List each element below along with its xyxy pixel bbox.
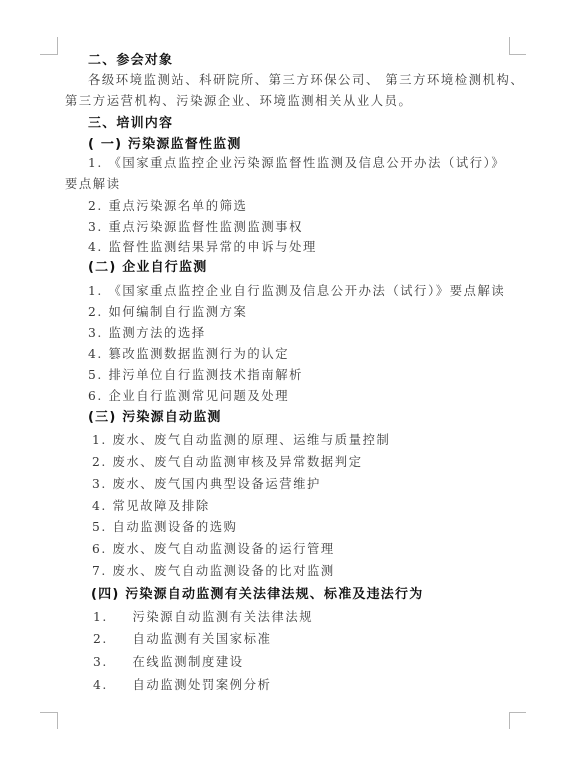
list-number: 4. (88, 239, 103, 255)
list-item: 1. 废水、废气自动监测的原理、运维与质量控制 (92, 432, 390, 448)
list-item: 1. 污染源自动监测有关法律法规 (93, 609, 313, 625)
list-number: 6. (88, 388, 103, 404)
corner-mark-top-right-v (509, 37, 510, 55)
list-item: 7. 废水、废气自动监测设备的比对监测 (92, 563, 335, 579)
list-item-continuation: 要点解读 (65, 176, 121, 192)
list-number: 1. (92, 432, 107, 448)
subsection-heading: ( 一) 污染源监督性监测 (88, 137, 242, 153)
list-item: 4. 篡改监测数据监测行为的认定 (88, 346, 289, 362)
list-text: 废水、废气自动监测设备的比对监测 (112, 564, 334, 578)
list-number: 1. (93, 609, 127, 625)
list-text: 《国家重点监控企业自行监测及信息公开办法（试行）》要点解读 (108, 284, 505, 298)
subsection-heading: (四) 污染源自动监测有关法律法规、标准及违法行为 (91, 587, 423, 603)
list-text: 自动监测设备的选购 (112, 520, 237, 534)
list-item: 2. 重点污染源名单的筛选 (88, 198, 247, 214)
list-number: 5. (92, 519, 107, 535)
corner-mark-top-right-h (509, 54, 526, 55)
list-text: 常见故障及排除 (112, 499, 209, 513)
list-number: 4. (92, 498, 107, 514)
list-text: 废水、废气国内典型设备运营维护 (112, 477, 320, 491)
subsection-heading: (二) 企业自行监测 (88, 260, 207, 276)
list-item: 5. 自动监测设备的选购 (92, 519, 238, 535)
list-text: 重点污染源监督性监测监测事权 (108, 220, 303, 234)
list-number: 5. (88, 367, 103, 383)
list-item: 3. 废水、废气国内典型设备运营维护 (92, 476, 321, 492)
list-number: 3. (92, 476, 107, 492)
list-text: 篡改监测数据监测行为的认定 (108, 347, 289, 361)
list-text: 废水、废气自动监测设备的运行管理 (112, 542, 334, 556)
list-number: 4. (93, 677, 127, 693)
list-item: 2. 自动监测有关国家标准 (93, 631, 272, 647)
list-number: 3. (88, 325, 103, 341)
list-text: 企业自行监测常见问题及处理 (108, 389, 289, 403)
list-number: 3. (88, 219, 103, 235)
corner-mark-top-left-v (57, 37, 58, 55)
list-item: 4. 监督性监测结果异常的申诉与处理 (88, 239, 317, 255)
corner-mark-top-left-h (40, 54, 57, 55)
list-item: 1. 《国家重点监控企业污染源监督性监测及信息公开办法（试行）》 (88, 155, 505, 171)
list-number: 2. (93, 631, 127, 647)
list-text: 在线监测制度建设 (133, 655, 244, 669)
list-item: 2. 如何编制自行监测方案 (88, 304, 247, 320)
list-number: 2. (92, 454, 107, 470)
list-item: 3. 监测方法的选择 (88, 325, 206, 341)
list-text: 重点污染源名单的筛选 (108, 199, 247, 213)
list-text: 自动监测处罚案例分析 (133, 678, 272, 692)
corner-mark-bottom-right-h (509, 712, 526, 713)
list-number: 4. (88, 346, 103, 362)
corner-mark-bottom-right-v (509, 712, 510, 729)
corner-mark-bottom-left-v (57, 712, 58, 729)
list-text: 废水、废气自动监测审核及异常数据判定 (112, 455, 362, 469)
list-number: 2. (88, 304, 103, 320)
subsection-heading: (三) 污染源自动监测 (88, 410, 222, 426)
list-item: 5. 排污单位自行监测技术指南解析 (88, 367, 303, 383)
list-item: 6. 废水、废气自动监测设备的运行管理 (92, 541, 335, 557)
list-text: 监测方法的选择 (108, 326, 205, 340)
list-number: 3. (93, 654, 127, 670)
list-item: 3. 在线监测制度建设 (93, 654, 244, 670)
list-item: 1. 《国家重点监控企业自行监测及信息公开办法（试行）》要点解读 (88, 283, 505, 299)
corner-mark-bottom-left-h (40, 712, 57, 713)
list-text: 如何编制自行监测方案 (108, 305, 247, 319)
list-number: 1. (88, 155, 103, 171)
list-number: 1. (88, 283, 103, 299)
list-item: 3. 重点污染源监督性监测监测事权 (88, 219, 303, 235)
list-item: 2. 废水、废气自动监测审核及异常数据判定 (92, 454, 363, 470)
list-text: 排污单位自行监测技术指南解析 (108, 368, 303, 382)
list-number: 2. (88, 198, 103, 214)
section-heading-training-content: 三、培训内容 (88, 116, 173, 132)
paragraph-line: 各级环境监测站、科研院所、第三方环保公司、 第三方环境检测机构、 (88, 72, 524, 88)
list-number: 7. (92, 563, 107, 579)
list-text: 《国家重点监控企业污染源监督性监测及信息公开办法（试行）》 (108, 156, 505, 170)
list-text: 监督性监测结果异常的申诉与处理 (108, 240, 316, 254)
paragraph-line: 第三方运营机构、污染源企业、环境监测相关从业人员。 (65, 93, 412, 109)
list-item: 4. 常见故障及排除 (92, 498, 210, 514)
list-text: 污染源自动监测有关法律法规 (133, 610, 314, 624)
section-heading-participants: 二、参会对象 (88, 53, 173, 69)
list-item: 6. 企业自行监测常见问题及处理 (88, 388, 289, 404)
list-text: 废水、废气自动监测的原理、运维与质量控制 (112, 433, 390, 447)
list-item: 4. 自动监测处罚案例分析 (93, 677, 272, 693)
list-text: 自动监测有关国家标准 (133, 632, 272, 646)
list-number: 6. (92, 541, 107, 557)
